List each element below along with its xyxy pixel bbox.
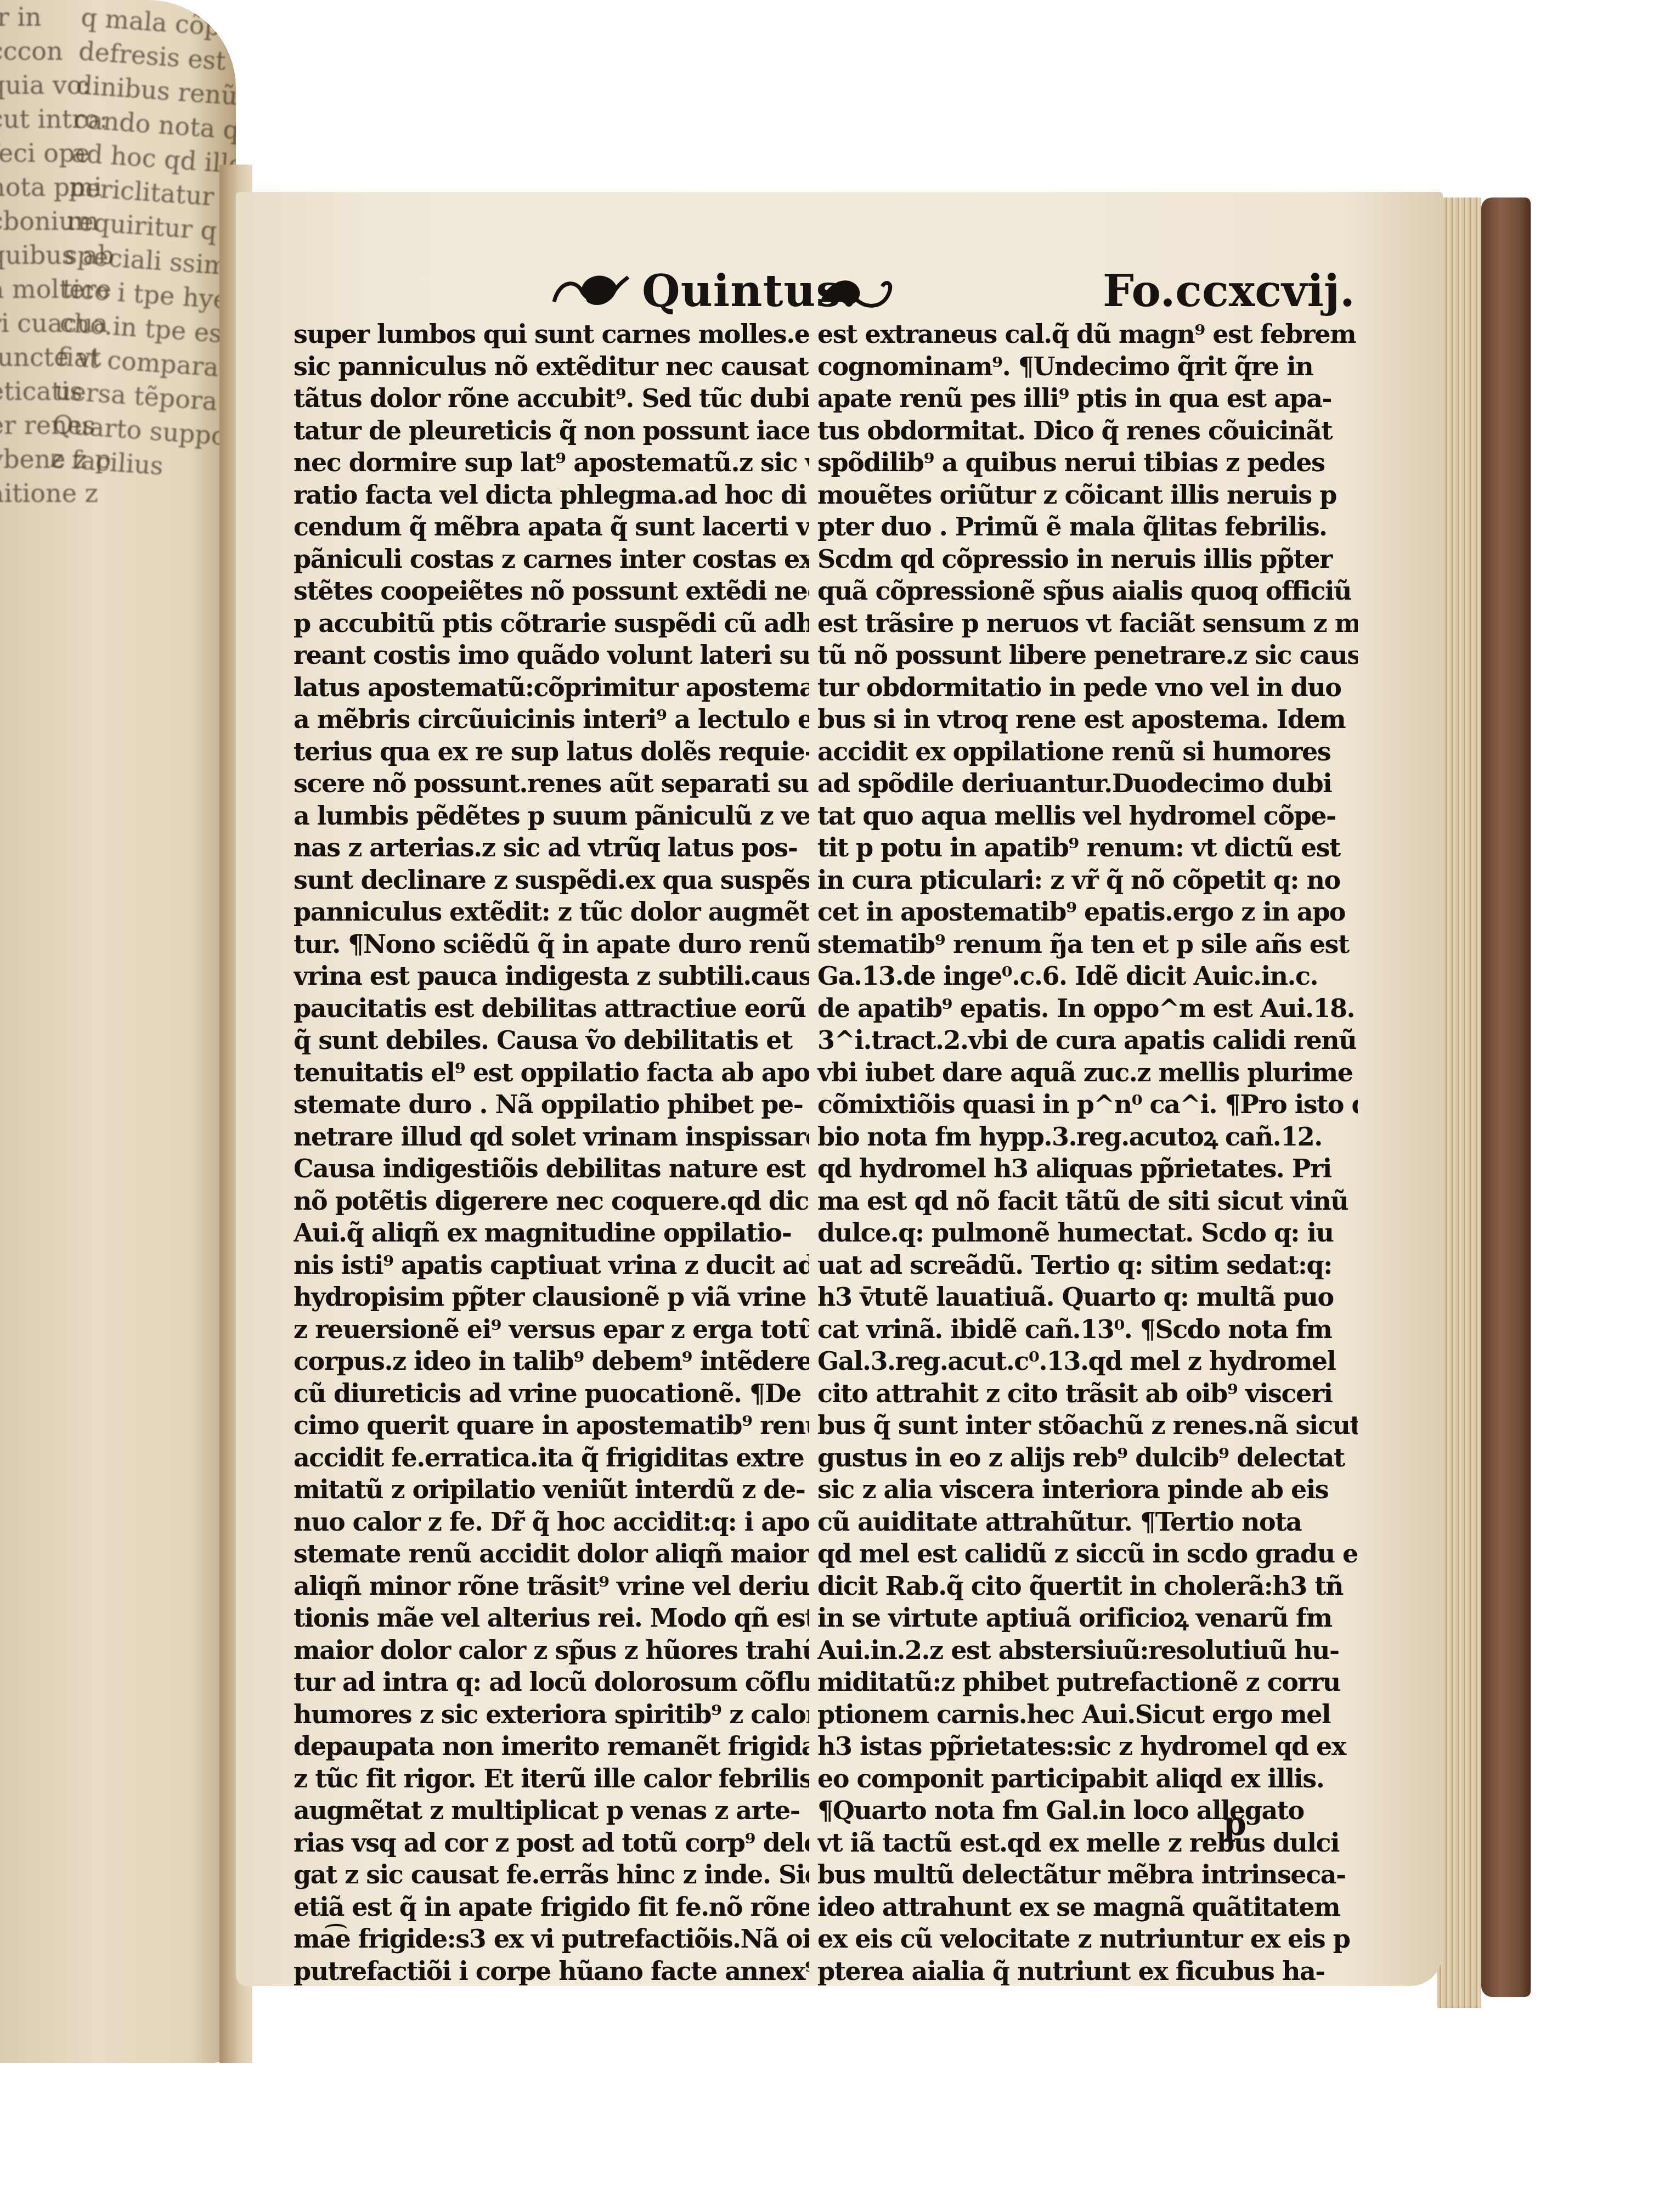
text-line: vrina est pauca indigesta z subtili.caus… <box>294 960 809 992</box>
text-line: cat vrinã. ibidẽ cañ.13⁰. ¶Scdo nota fm <box>817 1313 1358 1346</box>
text-line: depaupata non imerito remanẽt frigida <box>294 1730 809 1763</box>
text-line: panniculus extẽdit: z tũc dolor augmẽta <box>294 896 809 928</box>
text-line: accidit ex oppilatione renũ si humores <box>817 736 1358 768</box>
text-line: cognominam⁹. ¶Undecimo q̃rit q̃re in <box>817 351 1358 383</box>
text-line: vbi iubet dare aquã zuc.z mellis plurime <box>817 1057 1358 1089</box>
text-line: a lumbis pẽdẽtes p suum pãniculũ z ve- <box>294 800 809 832</box>
text-line: stematib⁹ renum ŋ̃a ten et p sile añs es… <box>817 928 1358 961</box>
text-line: qd hydromel h3 aliquas pp̃rietates. Pri <box>817 1153 1358 1185</box>
text-line: stemate duro . Nã oppilatio phibet pe- <box>294 1088 809 1121</box>
text-line: cimo querit quare in apostematib⁹ renũ <box>294 1409 809 1442</box>
text-line: cũ diureticis ad vrine puocationẽ. ¶De <box>294 1378 809 1410</box>
text-line: terius qua ex re sup latus dolẽs requie- <box>294 736 809 768</box>
text-line: hydropisim pp̃ter clausionẽ p viã vrine <box>294 1281 809 1313</box>
text-line: augmẽtat z multiplicat p venas z arte- <box>294 1795 809 1827</box>
text-line: tus obdormitat. Dico q̃ renes cõuicinãt <box>817 415 1358 447</box>
text-line: est trãsire p neruos vt faciãt sensum z … <box>817 607 1358 640</box>
text-line: ideo attrahunt ex se magnã quãtitatem <box>817 1891 1358 1923</box>
text-line: z tũc fit rigor. Et iterũ ille calor feb… <box>294 1763 809 1795</box>
text-line: z reuersionẽ ei⁹ versus epar z erga totũ <box>294 1313 809 1346</box>
text-line: dulce.q: pulmonẽ humectat. Scdo q: iu <box>817 1217 1358 1249</box>
text-line: ma͡e frigide:s3 ex vi putrefactiõis.Nã o… <box>294 1923 809 1955</box>
text-line: nõ potẽtis digerere nec coquere.qd dicit <box>294 1185 809 1217</box>
text-line: vt iã tactũ est.qd ex melle z rebus dulc… <box>817 1827 1358 1859</box>
text-line: Causa indigestiõis debilitas nature est <box>294 1153 809 1185</box>
text-line: scere nõ possunt.renes aũt separati sunt <box>294 768 809 800</box>
text-line: gustus in eo z alijs reb⁹ dulcib⁹ delect… <box>817 1442 1358 1474</box>
text-line: gat z sic causat fe.errãs hinc z inde. S… <box>294 1859 809 1891</box>
text-line: mouẽtes oriũtur z cõicant illis neruis p <box>817 479 1358 511</box>
text-line: ad spõdile deriuantur.Duodecimo dubi <box>817 768 1358 800</box>
text-line: nec dormire sup lat⁹ apostematũ.z sic vr… <box>294 447 809 479</box>
text-line: sunt declinare z suspẽdi.ex qua suspẽsiõ… <box>294 864 809 896</box>
text-line: de apatib⁹ epatis. In oppo^m est Aui.18. <box>817 992 1358 1025</box>
text-line: accidit fe.erratica.ita q̃ frigiditas ex… <box>294 1442 809 1474</box>
text-line: p accubitũ ptis cõtrarie suspẽdi cũ adhe <box>294 607 809 640</box>
text-line: putrefactiõi i corpe hũano facte annex⁹ <box>294 1955 809 1988</box>
text-line: 3^i.tract.2.vbi de cura apatis calidi re… <box>817 1024 1358 1057</box>
text-line: ma est qd nõ facit tãtũ de siti sicut vi… <box>817 1185 1358 1217</box>
text-line: rias vsq ad cor z post ad totũ corp⁹ del… <box>294 1827 809 1859</box>
text-line: h3 v̄tutẽ lauatiuã. Quarto q: multã puo <box>817 1281 1358 1313</box>
text-line: tur ad intra q: ad locũ dolorosum cõfluũ… <box>294 1666 809 1699</box>
text-column-right: est extraneus cal.q̃ dũ magn⁹ est febrem… <box>817 318 1358 1987</box>
text-line: aliqñ minor rõne trãsit⁹ vrine vel deriu… <box>294 1570 809 1602</box>
text-line: tãtus dolor rõne accubit⁹. Sed tũc dubi <box>294 382 809 415</box>
text-line: in cura pticulari: z vr̃ q̃ nõ cõpetit q… <box>817 864 1358 896</box>
text-line: nis isti⁹ apatis captiuat vrina z ducit … <box>294 1249 809 1282</box>
text-line: ex eis cũ velocitate z nutriuntur ex eis… <box>817 1923 1358 1955</box>
text-line: cendum q̃ mẽbra apata q̃ sunt lacerti ve… <box>294 511 809 543</box>
text-line: stemate renũ accidit dolor aliqñ maior <box>294 1538 809 1570</box>
text-line: paucitatis est debilitas attractiue eorũ <box>294 992 809 1025</box>
text-line: tur. ¶Nono sciẽdũ q̃ in apate duro renũ <box>294 928 809 961</box>
text-line: quã cõpressionẽ sp̃us aialis quoq offici… <box>817 575 1358 607</box>
text-line: pãniculi costas z carnes inter costas ex… <box>294 543 809 575</box>
text-line: tũ nõ possunt libere penetrare.z sic cau… <box>817 639 1358 672</box>
text-line: pter duo . Primũ ẽ mala q̃litas febrilis… <box>817 511 1358 543</box>
text-line: spõdilib⁹ a quibus nerui tibias z pedes <box>817 447 1358 479</box>
text-line: corpus.z ideo in talib⁹ debem⁹ intẽdere <box>294 1345 809 1378</box>
text-line: nas z arterias.z sic ad vtrũq latus pos- <box>294 832 809 864</box>
text-line: ptionem carnis.hec Aui.Sicut ergo mel <box>817 1699 1358 1731</box>
text-line: eo componit participabit aliqd ex illis. <box>817 1763 1358 1795</box>
text-line: ratio facta vel dicta phlegma.ad hoc di <box>294 479 809 511</box>
text-line: tionis mãe vel alterius rei. Modo qñ est <box>294 1602 809 1634</box>
text-line: tat quo aqua mellis vel hydromel cõpe- <box>817 800 1358 832</box>
text-line: tenuitatis el⁹ est oppilatio facta ab ap… <box>294 1057 809 1089</box>
text-line: apate renũ pes illi⁹ ptis in qua est apa… <box>817 382 1358 415</box>
text-line: nuo calor z fe. Dr̃ q̃ hoc accidit:q: i … <box>294 1506 809 1538</box>
text-line: sic panniculus nõ extẽditur nec causatur <box>294 351 809 383</box>
text-line: cũ auiditate attrahũtur. ¶Tertio nota <box>817 1506 1358 1538</box>
text-line: h3 istas pp̃rietates:sic z hydromel qd e… <box>817 1730 1358 1763</box>
leather-binding <box>1481 198 1531 1997</box>
text-line: Aui.in.2.z est abstersiuũ:resolutiuũ hu- <box>817 1634 1358 1667</box>
text-line: q̃ sunt debiles. Causa ṽo debilitatis et <box>294 1024 809 1057</box>
text-line: bio nota fm hypp.3.reg.acutoꝝ cañ.12. <box>817 1121 1358 1153</box>
text-line: pterea aialia q̃ nutriunt ex ficubus ha- <box>817 1955 1358 1988</box>
text-line: bus q̃ sunt inter stõachũ z renes.nã sic… <box>817 1409 1358 1442</box>
text-line: cet in apostematib⁹ epatis.ergo z in apo <box>817 896 1358 928</box>
text-line: qd mel est calidũ z siccũ in scdo gradu … <box>817 1538 1358 1570</box>
text-line: humores z sic exteriora spiritib⁹ z calo… <box>294 1699 809 1731</box>
text-line: maior dolor calor z sp̃us z hũores trahũ <box>294 1634 809 1667</box>
text-line: Scdm qd cõpressio in neruis illis pp̃ter <box>817 543 1358 575</box>
text-line: tatur de pleureticis q̃ non possunt iace… <box>294 415 809 447</box>
text-line: Aui.q̃ aliqñ ex magnitudine oppilatio- <box>294 1217 809 1249</box>
page-block-edges <box>1437 198 1481 2008</box>
text-line: miditatũ:z phibet putrefactionẽ z corru <box>817 1666 1358 1699</box>
text-line: bus si in vtroq rene est apostema. Idem <box>817 703 1358 736</box>
signature-catchword: p <box>1223 1805 1246 1843</box>
text-line: etiã est q̃ in apate frigido fit fe.nõ r… <box>294 1891 809 1923</box>
text-line: in se virtute aptiuã orificioꝝ venarũ fm <box>817 1602 1358 1634</box>
text-line: Ga.13.de inge⁰.c.6. Idẽ dicit Auic.in.c. <box>817 960 1358 992</box>
text-line: reant costis imo quãdo volunt lateri sup <box>294 639 809 672</box>
text-line: dicit Rab.q̃ cito q̃uertit in cholerã:h3… <box>817 1570 1358 1602</box>
running-header: Quintus. Fo.ccxcvij. <box>549 263 1344 324</box>
facing-left-page: ir in cccon quia vo: cut intro: feci ope… <box>0 0 236 2063</box>
text-line: netrare illud qd solet vrinam inspissare… <box>294 1121 809 1153</box>
text-line: stẽtes coopeiẽtes nõ possunt extẽdi nec <box>294 575 809 607</box>
text-line: latus apostematũ:cõprimitur apostema <box>294 672 809 704</box>
text-line: est extraneus cal.q̃ dũ magn⁹ est febrem <box>817 318 1358 351</box>
text-line: a mẽbris circũuicinis interi⁹ a lectulo … <box>294 703 809 736</box>
leaf-ornament-icon <box>549 269 631 313</box>
text-line: tit p potu in apatib⁹ renum: vt dictũ es… <box>817 832 1358 864</box>
folio-number: Fo.ccxcvij. <box>1103 263 1355 318</box>
text-line: mitatũ z oripilatio veniũt interdũ z de- <box>294 1474 809 1506</box>
leaf-ornament-icon <box>817 269 900 313</box>
text-column-left: super lumbos qui sunt carnes molles.etsi… <box>294 318 809 1987</box>
text-line: bus multũ delectãtur mẽbra intrinseca- <box>817 1859 1358 1891</box>
text-line: tur obdormitatio in pede vno vel in duo <box>817 672 1358 704</box>
text-line: super lumbos qui sunt carnes molles.et <box>294 318 809 351</box>
text-line: ¶Quarto nota fm Gal.in loco allegato <box>817 1795 1358 1827</box>
text-line: uat ad screãdũ. Tertio q: sitim sedat:q: <box>817 1249 1358 1282</box>
text-line: cito attrahit z cito trãsit ab oib⁹ visc… <box>817 1378 1358 1410</box>
text-line: cõmixtiõis quasi in p^n⁰ ca^i. ¶Pro isto… <box>817 1088 1358 1121</box>
text-line: Gal.3.reg.acut.c⁰.13.qd mel z hydromel <box>817 1345 1358 1378</box>
text-line: sic z alia viscera interiora pinde ab ei… <box>817 1474 1358 1506</box>
